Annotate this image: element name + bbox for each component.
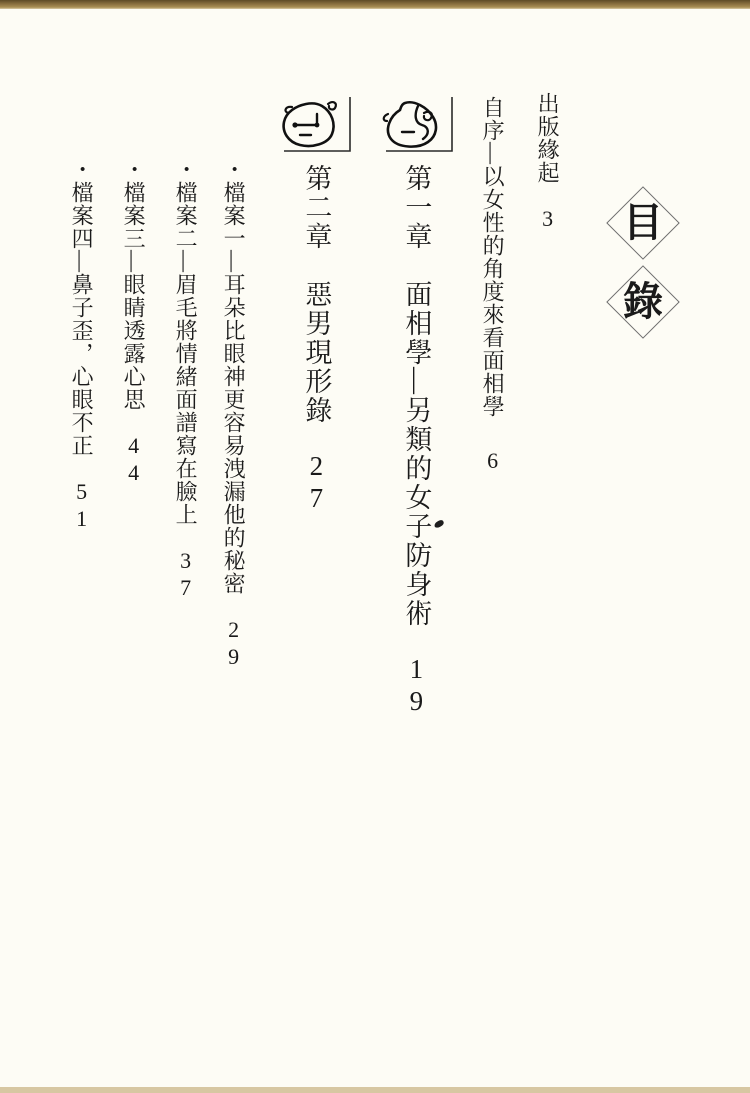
- toc-entry-page-number: 27: [301, 451, 331, 515]
- toc-chapter-label: 第一章 面相學—另類的女子防身術: [401, 164, 431, 628]
- toc-entry-title: ・檔案四—鼻子歪，心眼不正: [69, 158, 94, 457]
- toc-entry-file-4: ・檔案四—鼻子歪，心眼不正51: [70, 158, 93, 533]
- top-border-bar: [0, 0, 750, 9]
- bottom-border-bar: [0, 1087, 750, 1093]
- page-title: 目 錄: [606, 186, 678, 346]
- title-diamond-frame: 錄: [606, 265, 680, 339]
- title-diamond-frame: 目: [606, 186, 680, 260]
- toc-entry-preface: 自序—以女性的角度來看面相學6: [481, 96, 504, 475]
- toc-entry-page-number: 29: [221, 617, 246, 671]
- toc-entry-page-number: 44: [121, 433, 146, 487]
- toc-entry-title: ・檔案二—眉毛將情緒面譜寫在臉上: [173, 158, 198, 526]
- toc-page: 目 錄 出版緣起3 自序—以女性的角度來看面相學6 第一章 面相學—另類的女子防…: [0, 0, 750, 1093]
- chapter2-face-sketch-icon: [272, 94, 360, 156]
- toc-entry-page-number: 37: [173, 548, 198, 602]
- ink-speck-artifact: [433, 519, 445, 529]
- toc-entry-page-number: 51: [69, 479, 94, 533]
- toc-entry-chapter-2: 第二章 惡男現形錄27: [302, 164, 330, 515]
- toc-entry-title: ・檔案三—眼睛透露心思: [121, 158, 146, 411]
- toc-entry-file-2: ・檔案二—眉毛將情緒面譜寫在臉上37: [174, 158, 197, 602]
- toc-entry-page-number: 3: [535, 206, 560, 233]
- title-char-1: 目: [623, 203, 663, 243]
- toc-entry-title: 出版緣起: [535, 92, 560, 184]
- toc-entry-page-number: 19: [401, 654, 431, 718]
- toc-entry-file-3: ・檔案三—眼睛透露心思44: [122, 158, 145, 487]
- toc-entry-publisher-note: 出版緣起3: [536, 92, 559, 233]
- toc-entry-page-number: 6: [480, 448, 505, 475]
- toc-entry-title: 自序—以女性的角度來看面相學: [480, 96, 505, 418]
- toc-entry-chapter-1: 第一章 面相學—另類的女子防身術19: [402, 164, 430, 718]
- toc-entry-file-1: ・檔案一—耳朵比眼神更容易洩漏他的秘密29: [222, 158, 245, 671]
- title-char-2: 錄: [623, 282, 663, 322]
- toc-chapter-label: 第二章 惡男現形錄: [301, 164, 331, 425]
- chapter1-face-sketch-icon: [374, 94, 462, 156]
- toc-entry-title: ・檔案一—耳朵比眼神更容易洩漏他的秘密: [221, 158, 246, 595]
